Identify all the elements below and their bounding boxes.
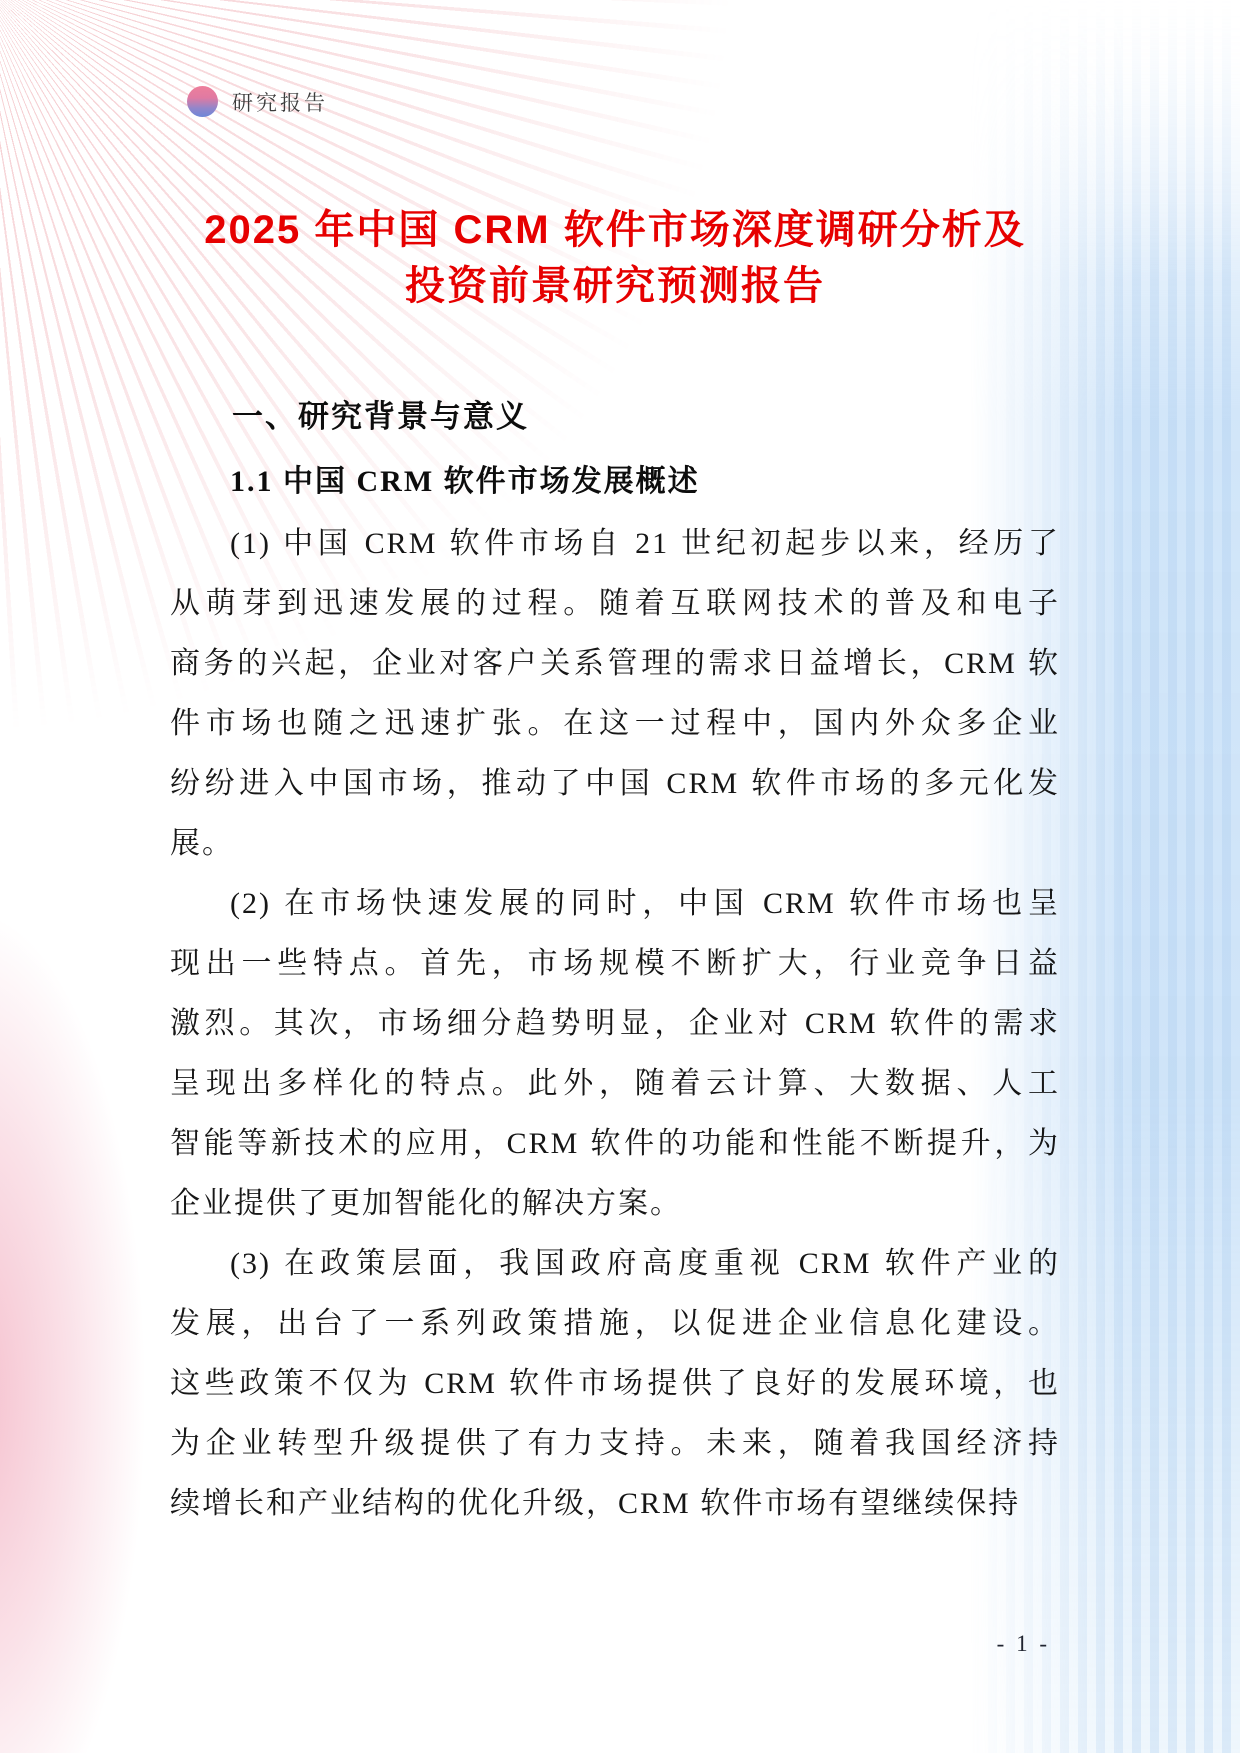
section-heading-research-background: 一、研究背景与意义 [170, 398, 1060, 436]
paragraph-line: (1) 中国 CRM 软件市场自 21 世纪初起步以来，经历了 [170, 514, 1060, 574]
paragraph-line: 纷纷进入中国市场，推动了中国 CRM 软件市场的多元化发 [170, 754, 1060, 814]
document-content: 2025 年中国 CRM 软件市场深度调研分析及 投资前景研究预测报告 一、研究… [170, 0, 1060, 1534]
paragraph-line: 激烈。其次，市场细分趋势明显，企业对 CRM 软件的需求 [170, 994, 1060, 1054]
paragraph-line: 从萌芽到迅速发展的过程。随着互联网技术的普及和电子 [170, 574, 1060, 634]
paragraph-line: 这些政策不仅为 CRM 软件市场提供了良好的发展环境，也 [170, 1354, 1060, 1414]
paragraph-line: 商务的兴起，企业对客户关系管理的需求日益增长，CRM 软 [170, 634, 1060, 694]
paragraph-line: 展。 [170, 814, 1060, 874]
paragraph-1: (1) 中国 CRM 软件市场自 21 世纪初起步以来，经历了从萌芽到迅速发展的… [170, 514, 1060, 874]
paragraph-line: 呈现出多样化的特点。此外，随着云计算、大数据、人工 [170, 1054, 1060, 1114]
paragraph-line: 续增长和产业结构的优化升级，CRM 软件市场有望继续保持 [170, 1474, 1060, 1534]
paragraph-line: 件市场也随之迅速扩张。在这一过程中，国内外众多企业 [170, 694, 1060, 754]
paragraph-line: 为企业转型升级提供了有力支持。未来，随着我国经济持 [170, 1414, 1060, 1474]
paragraph-line: 发展，出台了一系列政策措施，以促进企业信息化建设。 [170, 1294, 1060, 1354]
report-title-line1: 2025 年中国 CRM 软件市场深度调研分析及 [170, 202, 1060, 258]
paragraph-3: (3) 在政策层面，我国政府高度重视 CRM 软件产业的发展，出台了一系列政策措… [170, 1234, 1060, 1534]
paragraph-line: 现出一些特点。首先，市场规模不断扩大，行业竞争日益 [170, 934, 1060, 994]
page-number: - 1 - [997, 1631, 1050, 1657]
body-text: (1) 中国 CRM 软件市场自 21 世纪初起步以来，经历了从萌芽到迅速发展的… [170, 514, 1060, 1534]
report-title-line2: 投资前景研究预测报告 [170, 258, 1060, 314]
report-title: 2025 年中国 CRM 软件市场深度调研分析及 投资前景研究预测报告 [170, 202, 1060, 314]
subsection-heading-market-overview: 1.1 中国 CRM 软件市场发展概述 [170, 463, 1060, 501]
paragraph-line: (3) 在政策层面，我国政府高度重视 CRM 软件产业的 [170, 1234, 1060, 1294]
paragraph-line: 企业提供了更加智能化的解决方案。 [170, 1174, 1060, 1234]
paragraph-line: (2) 在市场快速发展的同时，中国 CRM 软件市场也呈 [170, 874, 1060, 934]
paragraph-line: 智能等新技术的应用，CRM 软件的功能和性能不断提升，为 [170, 1114, 1060, 1174]
paragraph-2: (2) 在市场快速发展的同时，中国 CRM 软件市场也呈现出一些特点。首先，市场… [170, 874, 1060, 1234]
